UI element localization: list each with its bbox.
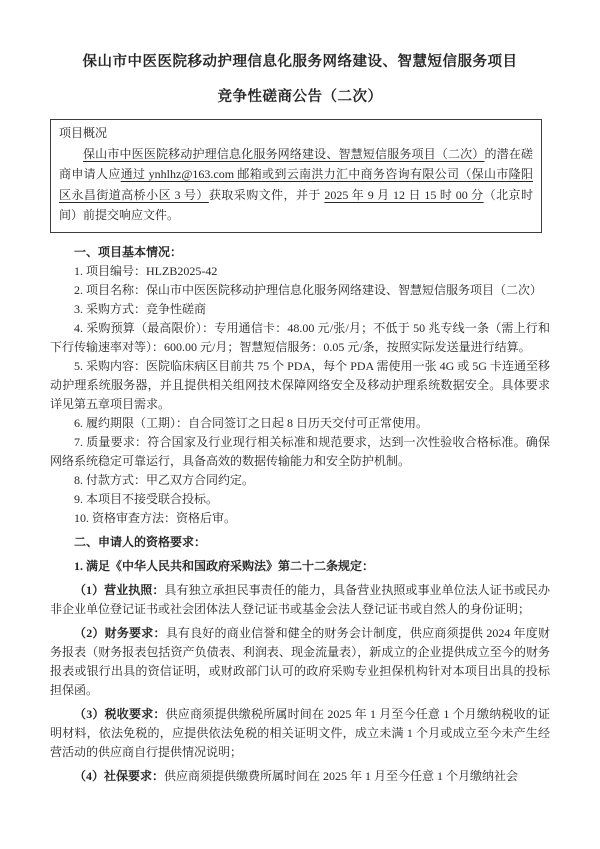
paragraph: 8. 付款方式：甲乙双方合同约定。 (50, 471, 550, 490)
underlined-text: 2025 年 9 月 12 日 15 时 00 分 (324, 188, 483, 202)
paragraph: 6. 履约期限（工期）：自合同签订之日起 8 日历天交付可正常使用。 (50, 414, 550, 433)
paragraph-lead: （4）社保要求： (74, 769, 164, 783)
paragraph: （3）税收要求：供应商须提供缴税所属时间在 2025 年 1 月至今任意 1 个… (50, 705, 550, 762)
paragraph: （4）社保要求：供应商须提供缴费所属时间在 2025 年 1 月至今任意 1 个… (50, 767, 550, 786)
overview-label: 项目概况 (59, 123, 533, 144)
section1-items: 1. 项目编号：HLZB2025-422. 项目名称：保山市中医医院移动护理信息… (50, 262, 550, 528)
paragraph-lead: （3）税收要求： (74, 707, 166, 721)
paragraph: （2）财务要求：具有良好的商业信誉和健全的财务会计制度，供应商须提供 2024 … (50, 624, 550, 700)
paragraph: 4. 采购预算（最高限价）：专用通信卡：48.00 元/张/月；不低于 50 兆… (50, 319, 550, 357)
document-page: 保山市中医医院移动护理信息化服务网络建设、智慧短信服务项目 竞争性磋商公告（二次… (0, 0, 600, 849)
plain-text: 获取采购文件，并于 (209, 188, 325, 202)
paragraph: 5. 采购内容：医院临床病区目前共 75 个 PDA，每个 PDA 需使用一张 … (50, 357, 550, 414)
paragraph-lead: （2）财务要求： (74, 626, 166, 640)
section2-subheading: 1. 满足《中华人民共和国政府采购法》第二十二条规定： (50, 557, 550, 576)
paragraph: 9. 本项目不接受联合投标。 (50, 490, 550, 509)
document-title-line1: 保山市中医医院移动护理信息化服务网络建设、智慧短信服务项目 (50, 52, 550, 72)
paragraph: 10. 资格审查方法：资格后审。 (50, 509, 550, 528)
underlined-text: 保山市中医医院移动护理信息化服务网络建设、智慧短信服务项目（二次） (83, 147, 484, 161)
section2-heading: 二、申请人的资格要求： (50, 533, 550, 552)
overview-paragraph: 保山市中医医院移动护理信息化服务网络建设、智慧短信服务项目（二次）的潜在磋商申请… (59, 144, 533, 226)
section1-heading: 一、项目基本情况： (50, 243, 550, 262)
document-body: 一、项目基本情况： 1. 项目编号：HLZB2025-422. 项目名称：保山市… (50, 243, 550, 786)
paragraph-lead: （1）营业执照： (74, 583, 164, 597)
paragraph: 3. 采购方式：竞争性磋商 (50, 300, 550, 319)
paragraph: 1. 项目编号：HLZB2025-42 (50, 262, 550, 281)
project-overview-box: 项目概况 保山市中医医院移动护理信息化服务网络建设、智慧短信服务项目（二次）的潜… (50, 119, 542, 233)
paragraph: 7. 质量要求：符合国家及行业现行相关标准和规范要求，达到一次性验收合格标准。确… (50, 433, 550, 471)
document-title-line2: 竞争性磋商公告（二次） (50, 87, 550, 107)
section2-items: （1）营业执照：具有独立承担民事责任的能力，具备营业执照或事业单位法人证书或民办… (50, 581, 550, 786)
paragraph: 2. 项目名称：保山市中医医院移动护理信息化服务网络建设、智慧短信服务项目（二次… (50, 281, 550, 300)
paragraph: （1）营业执照：具有独立承担民事责任的能力，具备营业执照或事业单位法人证书或民办… (50, 581, 550, 619)
